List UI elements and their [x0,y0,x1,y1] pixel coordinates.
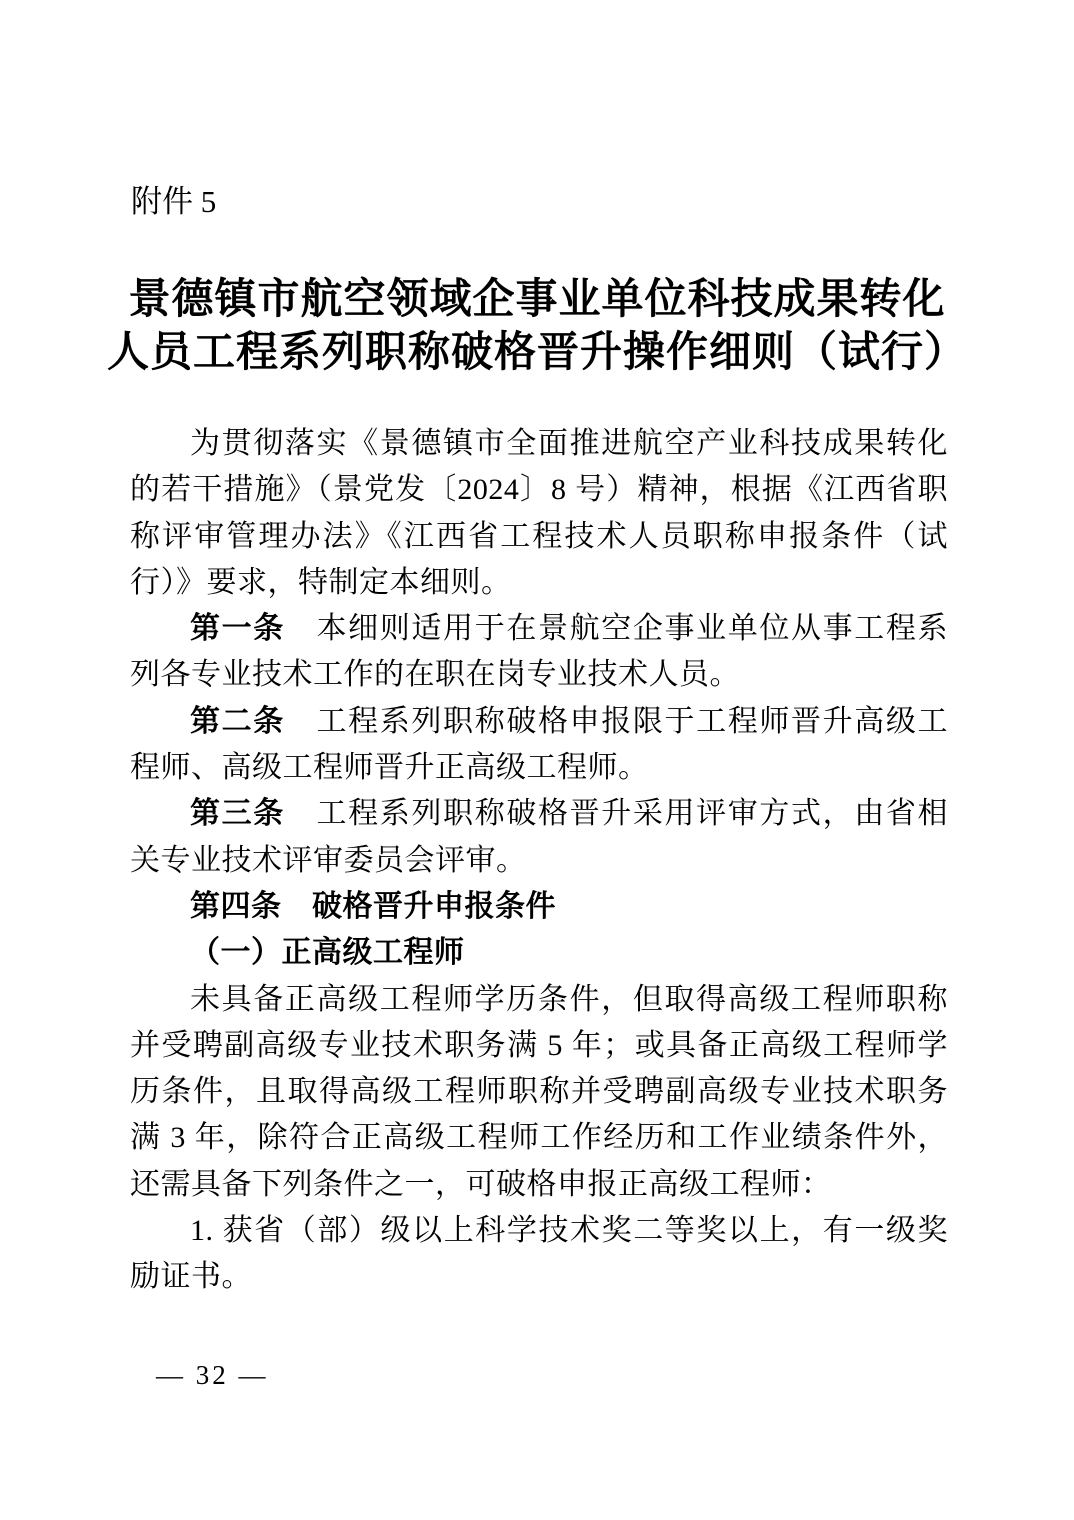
article-3: 第三条 工程系列职称破格晋升采用评审方式，由省相关专业技术评审委员会评审。 [130,791,948,884]
paragraph-text-segment: 未具备正高级工程师学历条件，但取得高级工程师职称并受聘副高级专业技术职务满 5 … [130,983,948,1201]
document-title: 景德镇市航空领域企事业单位科技成果转化 人员工程系列职称破格晋升操作细则（试行） [0,274,1074,380]
intro-paragraph: 为贯彻落实《景德镇市全面推进航空产业科技成果转化的若干措施》（景党发〔2024〕… [130,421,948,606]
paragraph-text-segment: 为贯彻落实《景德镇市全面推进航空产业科技成果转化的若干措施》（景党发〔2024〕… [130,427,948,599]
paragraph-heading-segment: 第三条 [190,797,285,830]
article-2: 第二条 工程系列职称破格申报限于工程师晋升高级工程师、高级工程师晋升正高级工程师… [130,699,948,792]
section-1-heading: （一）正高级工程师 [130,930,948,976]
paragraph-heading-segment: 第二条 [190,705,285,738]
paragraph-text-segment: 1. 获省（部）级以上科学技术奖二等奖以上，有一级奖励证书。 [130,1214,948,1293]
paragraph-heading-segment: （一）正高级工程师 [190,936,465,969]
paragraph-heading-segment: 第四条 [190,890,282,923]
article-1: 第一条 本细则适用于在景航空企事业单位从事工程系列各专业技术工作的在职在岗专业技… [130,606,948,699]
item-1: 1. 获省（部）级以上科学技术奖二等奖以上，有一级奖励证书。 [130,1208,948,1301]
paragraph-heading-segment: 第一条 [190,612,285,645]
document-page: 附件 5 景德镇市航空领域企事业单位科技成果转化 人员工程系列职称破格晋升操作细… [0,0,1074,1520]
document-title-line1: 景德镇市航空领域企事业单位科技成果转化 [128,277,945,323]
page-number: — 32 — [156,1360,269,1391]
attachment-label: 附件 5 [131,182,216,222]
article-4: 第四条 破格晋升申报条件 [130,884,948,930]
paragraph-heading-segment: 破格晋升申报条件 [282,890,557,923]
section-1-body: 未具备正高级工程师学历条件，但取得高级工程师职称并受聘副高级专业技术职务满 5 … [130,977,948,1208]
document-title-line2: 人员工程系列职称破格晋升操作细则（试行） [107,330,967,376]
document-body: 为贯彻落实《景德镇市全面推进航空产业科技成果转化的若干措施》（景党发〔2024〕… [130,421,948,1301]
